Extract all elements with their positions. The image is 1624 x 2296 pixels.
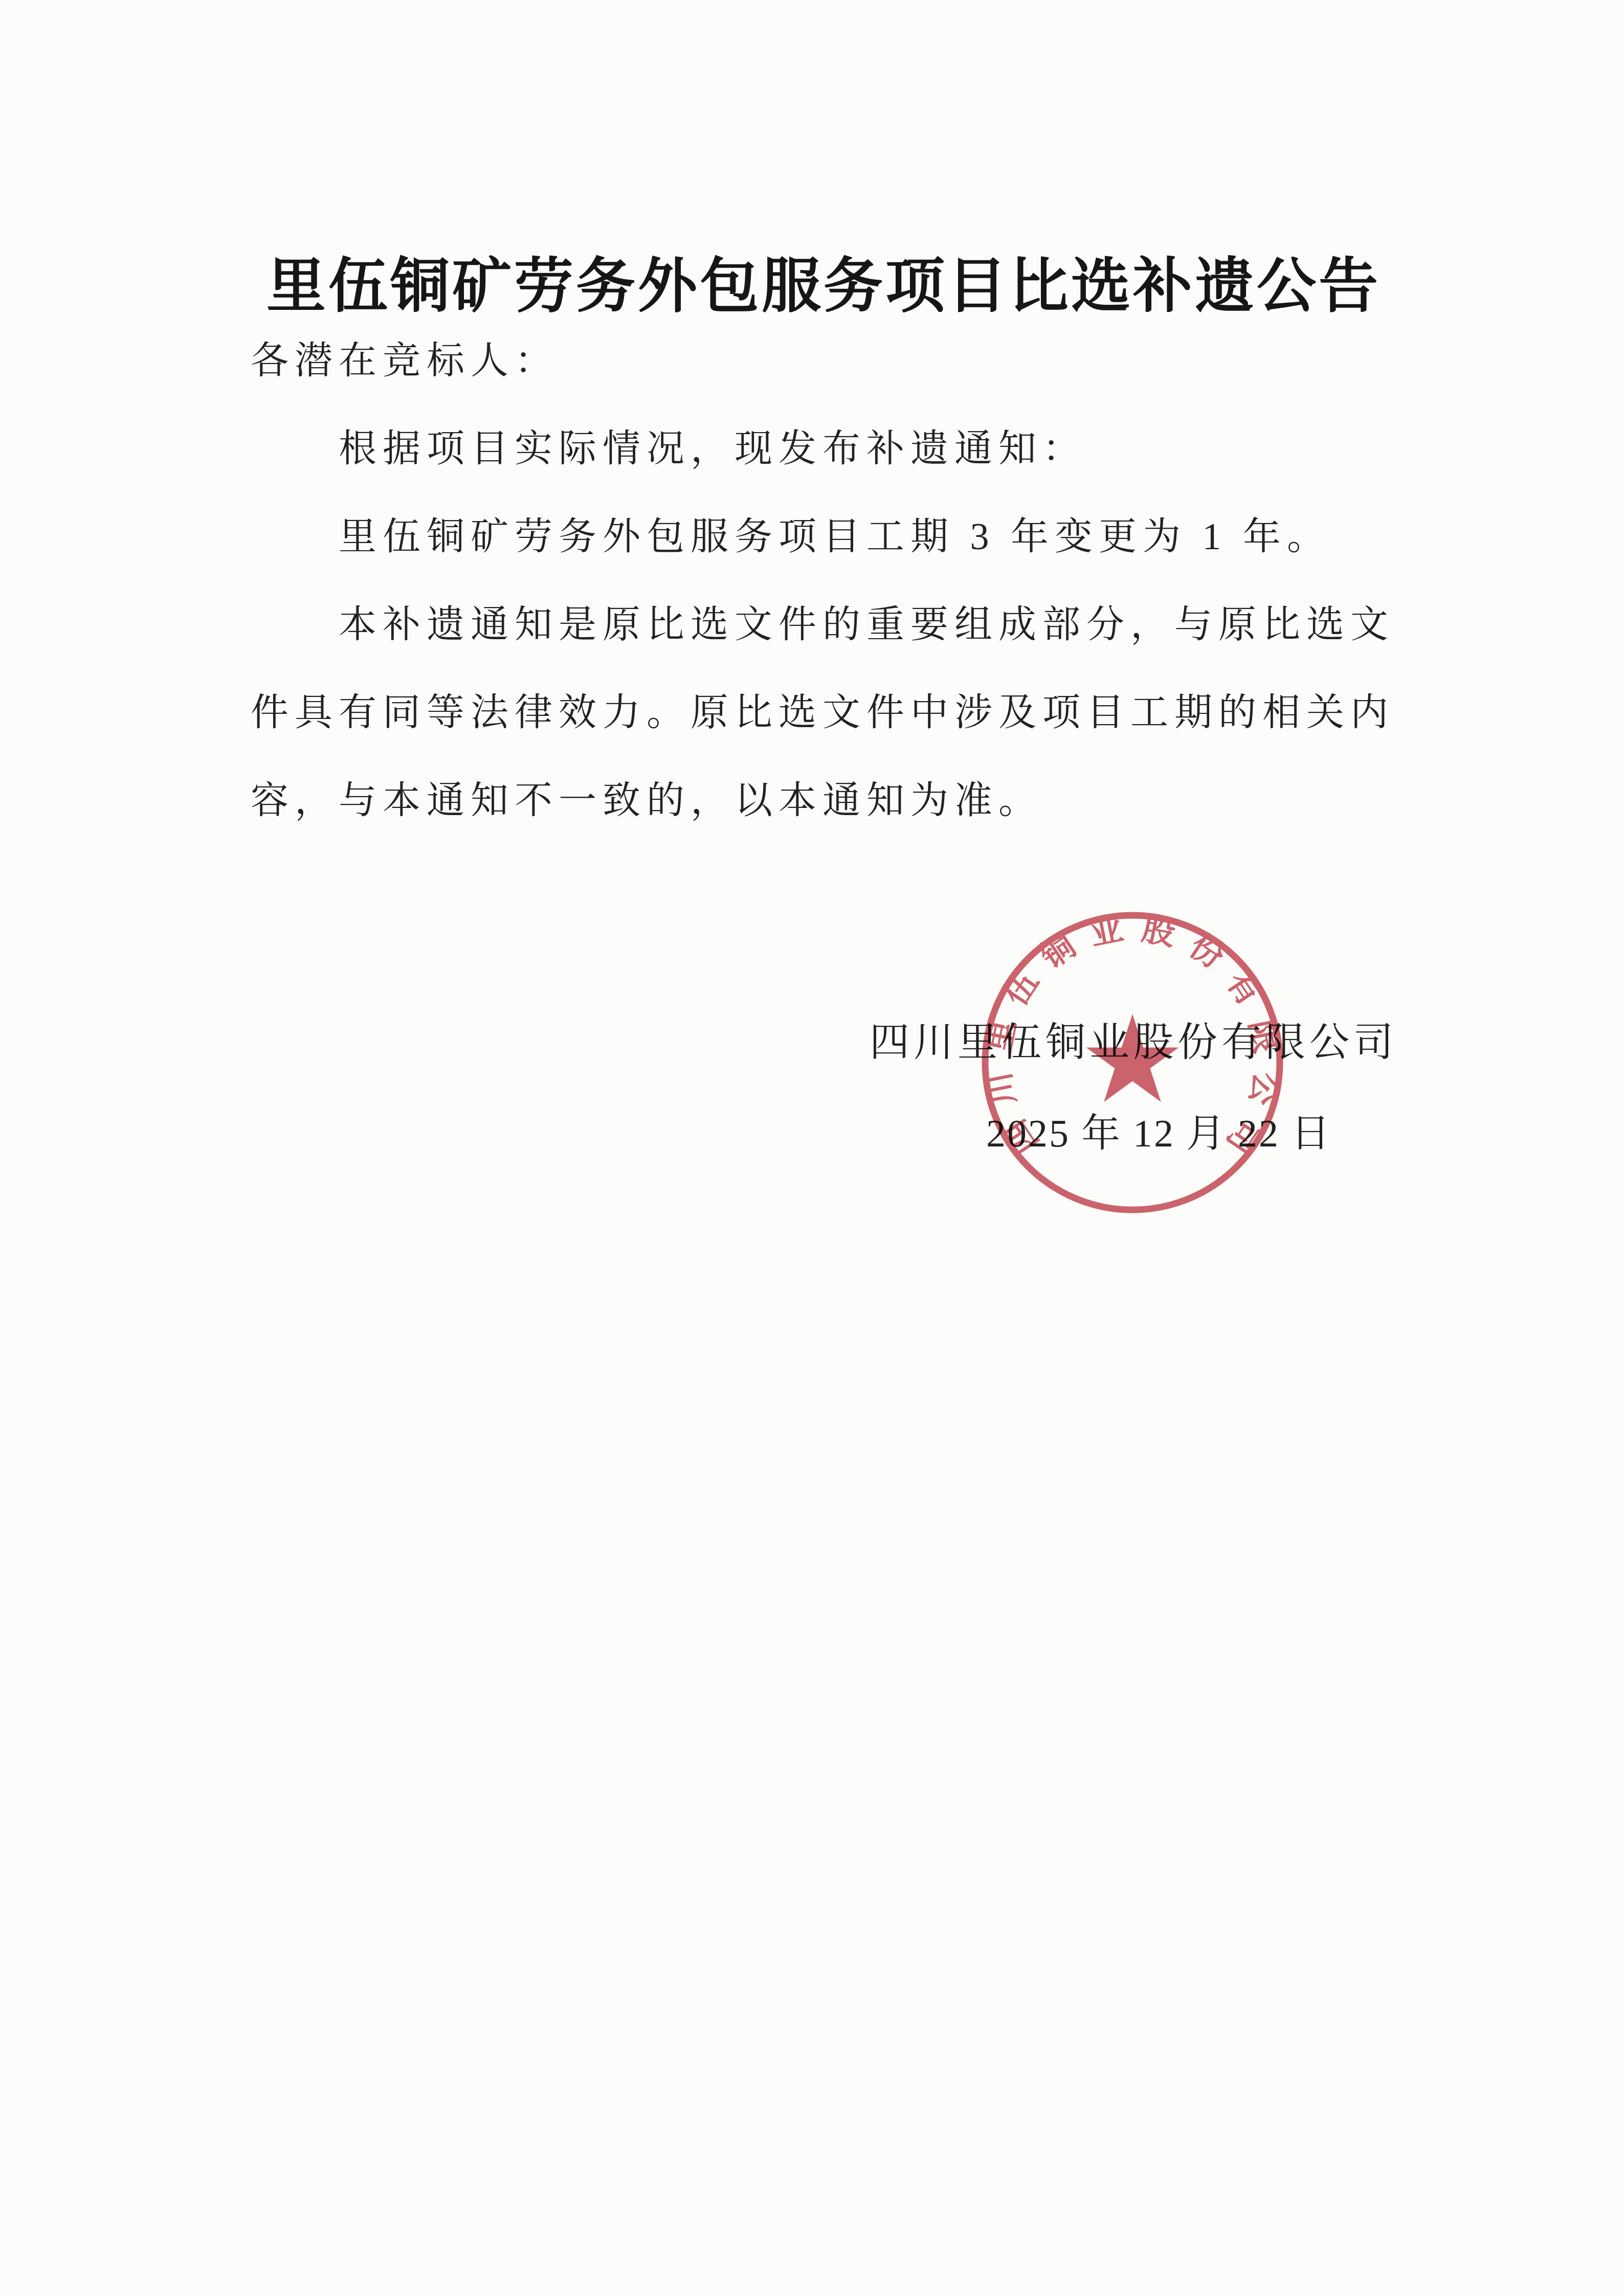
document-body: 各潜在竞标人： 根据项目实际情况，现发布补遗通知： 里伍铜矿劳务外包服务项目工期… xyxy=(251,317,1407,845)
body-line: 本补遗通知是原比选文件的重要组成部分，与原比选文 xyxy=(251,581,1407,669)
body-line: 件具有同等法律效力。原比选文件中涉及项目工期的相关内 xyxy=(251,669,1407,757)
salutation-line: 各潜在竞标人： xyxy=(251,317,1407,405)
document-title: 里伍铜矿劳务外包服务项目比选补遗公告 xyxy=(240,249,1407,325)
document-page: 里伍铜矿劳务外包服务项目比选补遗公告 各潜在竞标人： 根据项目实际情况，现发布补… xyxy=(0,0,1624,2296)
body-line: 容，与本通知不一致的，以本通知为准。 xyxy=(251,757,1407,845)
company-seal-stamp: 四川里伍铜业股份有限公司 xyxy=(964,894,1301,1231)
seal-star xyxy=(1086,1014,1179,1102)
body-line: 根据项目实际情况，现发布补遗通知： xyxy=(251,405,1407,493)
body-line: 里伍铜矿劳务外包服务项目工期 3 年变更为 1 年。 xyxy=(251,493,1407,581)
